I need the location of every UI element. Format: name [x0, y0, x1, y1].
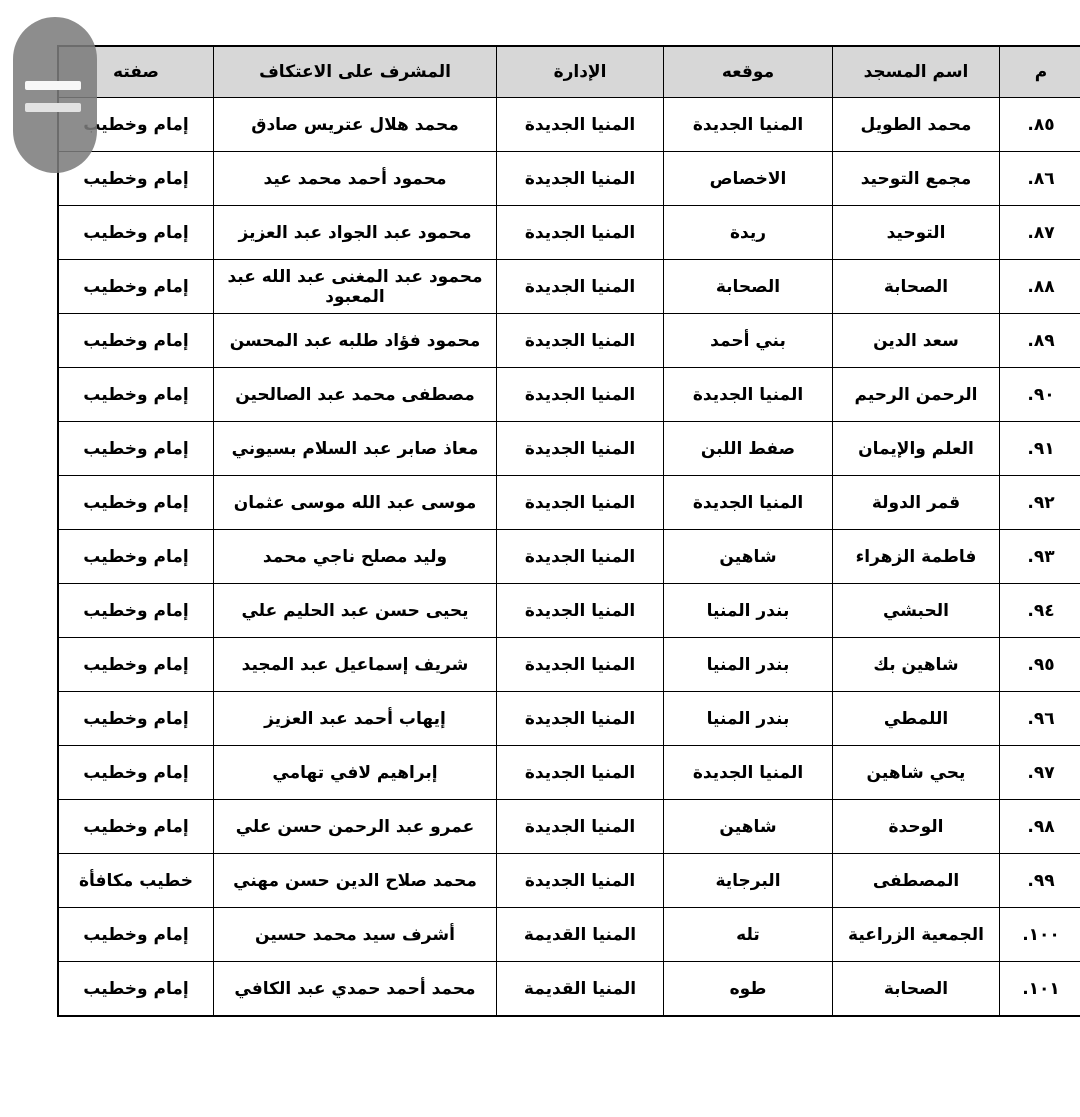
cell-supervisor: مصطفى محمد عبد الصالحين	[214, 368, 497, 422]
cell-title: خطيب مكافأة	[58, 854, 214, 908]
cell-num: ٨٥.	[1000, 98, 1080, 152]
cell-supervisor: محمد أحمد حمدي عبد الكافي	[214, 962, 497, 1017]
cell-num: ٩٥.	[1000, 638, 1080, 692]
cell-title: إمام وخطيب	[58, 908, 214, 962]
table-row: ٩٠.الرحمن الرحيمالمنيا الجديدةالمنيا الج…	[58, 368, 1080, 422]
cell-title: إمام وخطيب	[58, 962, 214, 1017]
cell-supervisor: محمد هلال عتريس صادق	[214, 98, 497, 152]
cell-mosque: يحي شاهين	[833, 746, 1000, 800]
cell-mosque: التوحيد	[833, 206, 1000, 260]
cell-location: المنيا الجديدة	[664, 746, 833, 800]
cell-title: إمام وخطيب	[58, 476, 214, 530]
cell-admin: المنيا الجديدة	[497, 854, 664, 908]
cell-num: ٨٩.	[1000, 314, 1080, 368]
table-row: ٩٢.قمر الدولةالمنيا الجديدةالمنيا الجديد…	[58, 476, 1080, 530]
cell-admin: المنيا الجديدة	[497, 692, 664, 746]
cell-supervisor: محمود فؤاد طلبه عبد المحسن	[214, 314, 497, 368]
mosques-table: ماسم المسجدموقعهالإدارةالمشرف على الاعتك…	[57, 45, 1080, 1017]
cell-title: إمام وخطيب	[58, 314, 214, 368]
table-row: ٩٩.المصطفىالبرجايةالمنيا الجديدةمحمد صلا…	[58, 854, 1080, 908]
cell-location: ريدة	[664, 206, 833, 260]
cell-num: ٩٤.	[1000, 584, 1080, 638]
cell-title: إمام وخطيب	[58, 584, 214, 638]
cell-admin: المنيا الجديدة	[497, 476, 664, 530]
floating-scroll-handle[interactable]	[13, 17, 97, 173]
cell-num: ٩٩.	[1000, 854, 1080, 908]
cell-supervisor: إبراهيم لافي تهامي	[214, 746, 497, 800]
cell-location: بندر المنيا	[664, 692, 833, 746]
cell-supervisor: عمرو عبد الرحمن حسن علي	[214, 800, 497, 854]
cell-location: صفط اللبن	[664, 422, 833, 476]
cell-title: إمام وخطيب	[58, 692, 214, 746]
handle-line-icon	[25, 81, 81, 90]
cell-admin: المنيا الجديدة	[497, 530, 664, 584]
column-header-location: موقعه	[664, 46, 833, 98]
table-row: ٨٥.محمد الطويلالمنيا الجديدةالمنيا الجدي…	[58, 98, 1080, 152]
cell-admin: المنيا الجديدة	[497, 260, 664, 314]
table-row: ٩٥.شاهين بكبندر المنياالمنيا الجديدةشريف…	[58, 638, 1080, 692]
table-row: ٩٧.يحي شاهينالمنيا الجديدةالمنيا الجديدة…	[58, 746, 1080, 800]
cell-num: ٩٧.	[1000, 746, 1080, 800]
cell-admin: المنيا الجديدة	[497, 98, 664, 152]
table-body: ٨٥.محمد الطويلالمنيا الجديدةالمنيا الجدي…	[58, 98, 1080, 1017]
cell-location: شاهين	[664, 800, 833, 854]
cell-mosque: الصحابة	[833, 260, 1000, 314]
cell-location: شاهين	[664, 530, 833, 584]
cell-admin: المنيا الجديدة	[497, 638, 664, 692]
cell-num: ١٠١.	[1000, 962, 1080, 1017]
cell-admin: المنيا الجديدة	[497, 314, 664, 368]
cell-supervisor: معاذ صابر عبد السلام بسيوني	[214, 422, 497, 476]
cell-supervisor: موسى عبد الله موسى عثمان	[214, 476, 497, 530]
table-header-row: ماسم المسجدموقعهالإدارةالمشرف على الاعتك…	[58, 46, 1080, 98]
cell-mosque: شاهين بك	[833, 638, 1000, 692]
cell-supervisor: محمود أحمد محمد عيد	[214, 152, 497, 206]
table-row: ١٠٠.الجمعية الزراعيةتلهالمنيا القديمةأشر…	[58, 908, 1080, 962]
cell-admin: المنيا القديمة	[497, 908, 664, 962]
cell-location: الصحابة	[664, 260, 833, 314]
cell-num: ٨٦.	[1000, 152, 1080, 206]
cell-admin: المنيا الجديدة	[497, 152, 664, 206]
cell-num: ٩٢.	[1000, 476, 1080, 530]
cell-supervisor: شريف إسماعيل عبد المجيد	[214, 638, 497, 692]
handle-line-icon	[25, 103, 81, 112]
cell-admin: المنيا القديمة	[497, 962, 664, 1017]
cell-title: إمام وخطيب	[58, 422, 214, 476]
cell-mosque: فاطمة الزهراء	[833, 530, 1000, 584]
cell-title: إمام وخطيب	[58, 368, 214, 422]
table-row: ١٠١.الصحابةطوهالمنيا القديمةمحمد أحمد حم…	[58, 962, 1080, 1017]
cell-location: المنيا الجديدة	[664, 368, 833, 422]
cell-supervisor: محمود عبد الجواد عبد العزيز	[214, 206, 497, 260]
cell-location: بندر المنيا	[664, 638, 833, 692]
cell-title: إمام وخطيب	[58, 638, 214, 692]
cell-supervisor: إيهاب أحمد عبد العزيز	[214, 692, 497, 746]
table-row: ٨٧.التوحيدريدةالمنيا الجديدةمحمود عبد ال…	[58, 206, 1080, 260]
cell-location: بندر المنيا	[664, 584, 833, 638]
cell-mosque: اللمطي	[833, 692, 1000, 746]
cell-location: المنيا الجديدة	[664, 98, 833, 152]
cell-location: بني أحمد	[664, 314, 833, 368]
document-page: ماسم المسجدموقعهالإدارةالمشرف على الاعتك…	[0, 0, 1080, 1117]
cell-title: إمام وخطيب	[58, 746, 214, 800]
column-header-admin: الإدارة	[497, 46, 664, 98]
table-row: ٩٣.فاطمة الزهراءشاهينالمنيا الجديدةوليد …	[58, 530, 1080, 584]
cell-mosque: الحبشي	[833, 584, 1000, 638]
cell-supervisor: محمد صلاح الدين حسن مهني	[214, 854, 497, 908]
cell-num: ٨٧.	[1000, 206, 1080, 260]
cell-title: إمام وخطيب	[58, 800, 214, 854]
cell-mosque: الصحابة	[833, 962, 1000, 1017]
cell-supervisor: يحيى حسن عبد الحليم علي	[214, 584, 497, 638]
cell-location: البرجاية	[664, 854, 833, 908]
cell-title: إمام وخطيب	[58, 206, 214, 260]
cell-admin: المنيا الجديدة	[497, 746, 664, 800]
cell-mosque: مجمع التوحيد	[833, 152, 1000, 206]
table-head: ماسم المسجدموقعهالإدارةالمشرف على الاعتك…	[58, 46, 1080, 98]
cell-mosque: سعد الدين	[833, 314, 1000, 368]
cell-location: تله	[664, 908, 833, 962]
column-header-supervisor: المشرف على الاعتكاف	[214, 46, 497, 98]
cell-admin: المنيا الجديدة	[497, 206, 664, 260]
cell-num: ٩٠.	[1000, 368, 1080, 422]
cell-num: ٩٦.	[1000, 692, 1080, 746]
cell-num: ٩٣.	[1000, 530, 1080, 584]
cell-admin: المنيا الجديدة	[497, 422, 664, 476]
cell-mosque: الجمعية الزراعية	[833, 908, 1000, 962]
cell-mosque: قمر الدولة	[833, 476, 1000, 530]
table-row: ٩١.العلم والإيمانصفط اللبنالمنيا الجديدة…	[58, 422, 1080, 476]
cell-location: الاخصاص	[664, 152, 833, 206]
table-row: ٩٦.اللمطيبندر المنياالمنيا الجديدةإيهاب …	[58, 692, 1080, 746]
cell-supervisor: وليد مصلح ناجي محمد	[214, 530, 497, 584]
cell-mosque: الرحمن الرحيم	[833, 368, 1000, 422]
cell-admin: المنيا الجديدة	[497, 584, 664, 638]
table-row: ٨٦.مجمع التوحيدالاخصاصالمنيا الجديدةمحمو…	[58, 152, 1080, 206]
table-row: ٨٩.سعد الدينبني أحمدالمنيا الجديدةمحمود …	[58, 314, 1080, 368]
cell-supervisor: أشرف سيد محمد حسين	[214, 908, 497, 962]
cell-num: ٩١.	[1000, 422, 1080, 476]
cell-supervisor: محمود عبد المغنى عبد الله عبد المعبود	[214, 260, 497, 314]
cell-location: طوه	[664, 962, 833, 1017]
cell-mosque: محمد الطويل	[833, 98, 1000, 152]
cell-num: ١٠٠.	[1000, 908, 1080, 962]
table-row: ٩٨.الوحدةشاهينالمنيا الجديدةعمرو عبد الر…	[58, 800, 1080, 854]
cell-mosque: المصطفى	[833, 854, 1000, 908]
table-row: ٨٨.الصحابةالصحابةالمنيا الجديدةمحمود عبد…	[58, 260, 1080, 314]
cell-mosque: العلم والإيمان	[833, 422, 1000, 476]
cell-num: ٩٨.	[1000, 800, 1080, 854]
cell-title: إمام وخطيب	[58, 530, 214, 584]
cell-admin: المنيا الجديدة	[497, 800, 664, 854]
column-header-mosque: اسم المسجد	[833, 46, 1000, 98]
cell-title: إمام وخطيب	[58, 260, 214, 314]
cell-mosque: الوحدة	[833, 800, 1000, 854]
cell-num: ٨٨.	[1000, 260, 1080, 314]
table-row: ٩٤.الحبشيبندر المنياالمنيا الجديدةيحيى ح…	[58, 584, 1080, 638]
column-header-num: م	[1000, 46, 1080, 98]
cell-admin: المنيا الجديدة	[497, 368, 664, 422]
cell-location: المنيا الجديدة	[664, 476, 833, 530]
